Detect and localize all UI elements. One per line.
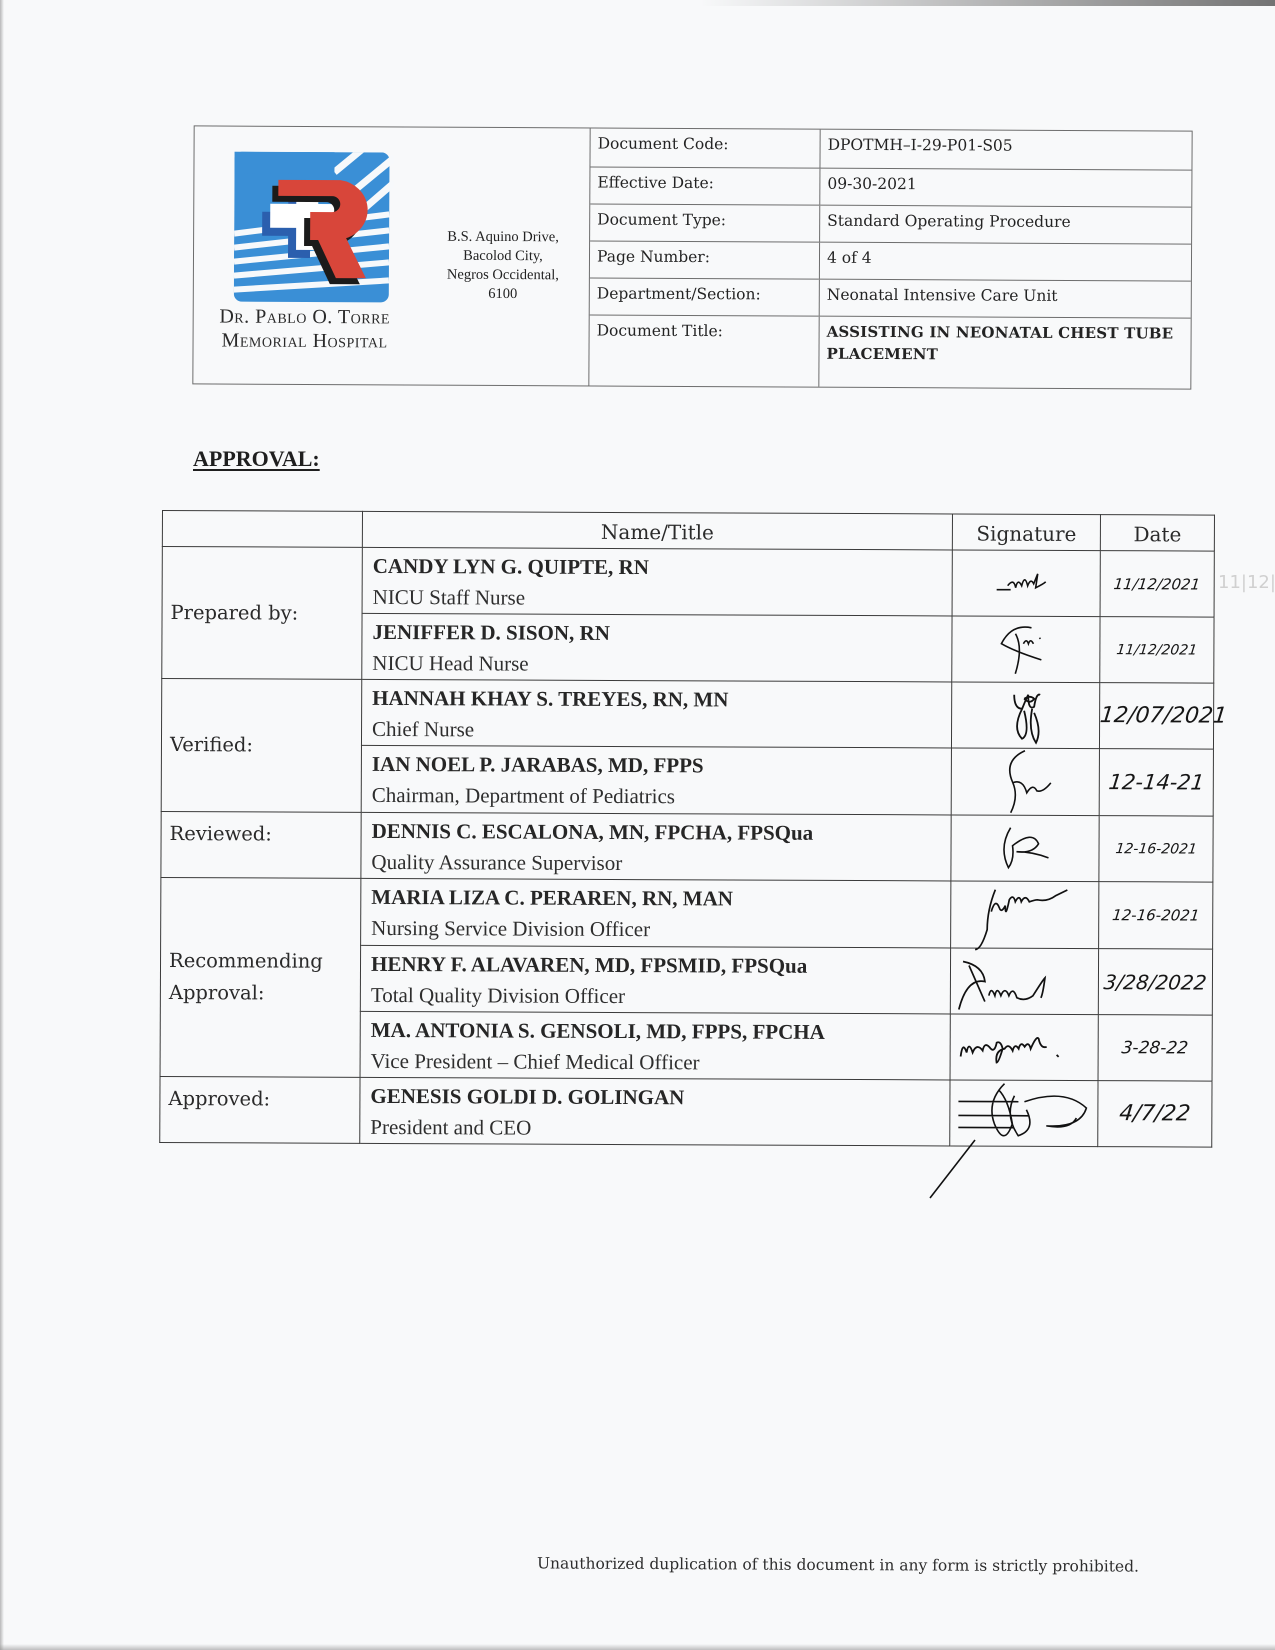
scan-edge-shadow xyxy=(0,1644,1275,1650)
role-label: Reviewed: xyxy=(161,811,361,878)
info-row-document-code: Document Code: DPOTMH–I-29-P01-S05 xyxy=(590,128,1191,169)
table-row: Verified: HANNAH KHAY S. TREYES, RN, MN … xyxy=(161,679,1213,750)
person-name: HANNAH KHAY S. TREYES, RN, MN xyxy=(372,682,941,716)
hospital-name: Dr. Pablo O. Torre Memorial Hospital xyxy=(199,304,409,353)
signature-cell xyxy=(951,748,1099,816)
signed-date: 12/07/2021 xyxy=(1099,703,1229,729)
date-cell: 11/12/2021 xyxy=(1100,617,1214,683)
hospital-name-line-2: Memorial Hospital xyxy=(199,328,409,353)
info-value: DPOTMH–I-29-P01-S05 xyxy=(820,130,1192,170)
person-name: MA. ANTONIA S. GENSOLI, MD, FPPS, FPCHA xyxy=(371,1014,940,1048)
date-cell: 3-28-22 xyxy=(1098,1015,1212,1081)
person-name: GENESIS GOLDI D. GOLINGAN xyxy=(370,1080,939,1114)
person-name: DENNIS C. ESCALONA, MN, FPCHA, FPSQua xyxy=(372,815,941,849)
hospital-address: B.S. Aquino Drive, Bacolod City, Negros … xyxy=(432,228,574,305)
date-cell: 12-14-21 xyxy=(1099,749,1213,816)
info-value: Standard Operating Procedure xyxy=(820,205,1192,244)
document-title: ASSISTING IN NEONATAL CHEST TUBE PLACEME… xyxy=(819,316,1191,389)
date-cell: 12-16-2021 xyxy=(1099,816,1213,882)
info-label: Document Type: xyxy=(590,203,820,241)
name-title-cell: MARIA LIZA C. PERAREN, RN, MAN Nursing S… xyxy=(361,878,951,948)
role-label: Approved: xyxy=(160,1076,360,1143)
person-name: CANDY LYN G. QUIPTE, RN xyxy=(373,550,942,584)
signature-cell xyxy=(951,881,1099,949)
info-value: Neonatal Intensive Care Unit xyxy=(819,279,1191,318)
column-header-name-title: Name/Title xyxy=(362,511,952,550)
info-row-effective-date: Effective Date: 09-30-2021 xyxy=(590,166,1191,206)
info-row-department: Department/Section: Neonatal Intensive C… xyxy=(590,277,1191,317)
signature-cell xyxy=(951,815,1099,882)
handwritten-signature-icon xyxy=(990,749,1060,815)
person-title: President and CEO xyxy=(370,1112,939,1144)
column-header-signature: Signature xyxy=(952,514,1100,551)
scan-edge-shadow xyxy=(0,0,4,1650)
handwritten-signature-icon xyxy=(991,563,1061,603)
column-header-role xyxy=(162,511,362,548)
table-row: Reviewed: DENNIS C. ESCALONA, MN, FPCHA,… xyxy=(161,811,1213,882)
person-name: JENIFFER D. SISON, RN xyxy=(372,616,941,650)
date-cell: 3/28/2022 xyxy=(1098,949,1212,1015)
person-name: MARIA LIZA C. PERAREN, RN, MAN xyxy=(371,881,940,915)
handwritten-signature-icon xyxy=(954,1022,1094,1073)
signature-tail-stroke xyxy=(925,1140,985,1200)
role-label: Prepared by: xyxy=(162,547,363,680)
info-label: Department/Section: xyxy=(590,277,820,315)
column-header-date: Date xyxy=(1100,515,1214,551)
table-row: Approved: GENESIS GOLDI D. GOLINGAN Pres… xyxy=(160,1076,1212,1147)
faint-bleed-through-text: 11|12|2 xyxy=(1218,572,1275,593)
address-line: B.S. Aquino Drive, xyxy=(432,228,574,248)
table-row: Prepared by: CANDY LYN G. QUIPTE, RN NIC… xyxy=(162,547,1214,618)
name-title-cell: DENNIS C. ESCALONA, MN, FPCHA, FPSQua Qu… xyxy=(361,812,951,881)
info-row-page-number: Page Number: 4 of 4 xyxy=(590,240,1191,280)
address-line: Negros Occidental, xyxy=(432,266,574,286)
footer-disclaimer: Unauthorized duplication of this documen… xyxy=(537,1554,1139,1575)
hospital-name-line-1: Dr. Pablo O. Torre xyxy=(200,304,410,329)
name-title-cell: HENRY F. ALAVAREN, MD, FPSMID, FPSQua To… xyxy=(360,945,950,1014)
approval-heading: APPROVAL: xyxy=(193,446,320,472)
person-title: Nursing Service Division Officer xyxy=(371,913,940,945)
name-title-cell: MA. ANTONIA S. GENSOLI, MD, FPPS, FPCHA … xyxy=(360,1011,950,1080)
info-label: Page Number: xyxy=(590,240,820,278)
date-cell: 4/7/22 xyxy=(1098,1081,1212,1147)
handwritten-signature-icon xyxy=(955,881,1095,948)
info-row-document-type: Document Type: Standard Operating Proced… xyxy=(590,203,1191,243)
name-title-cell: GENESIS GOLDI D. GOLINGAN President and … xyxy=(360,1077,950,1146)
info-value: 09-30-2021 xyxy=(820,168,1192,207)
person-title: Chief Nurse xyxy=(372,714,941,746)
info-row-document-title: Document Title: ASSISTING IN NEONATAL CH… xyxy=(589,314,1190,388)
date-cell: 11/12/2021 xyxy=(1100,551,1214,617)
handwritten-signature-icon xyxy=(990,823,1060,873)
signature-cell xyxy=(952,550,1100,617)
person-name: IAN NOEL P. JARABAS, MD, FPPS xyxy=(372,748,941,782)
signed-date: 3/28/2022 xyxy=(1103,970,1208,994)
name-title-cell: HANNAH KHAY S. TREYES, RN, MN Chief Nurs… xyxy=(361,679,951,748)
person-title: Quality Assurance Supervisor xyxy=(371,847,940,879)
info-value: 4 of 4 xyxy=(819,242,1191,281)
handwritten-signature-icon xyxy=(954,951,1094,1012)
info-label: Document Title: xyxy=(589,314,819,386)
person-title: NICU Head Nurse xyxy=(372,648,941,680)
signature-cell xyxy=(951,682,1099,749)
role-label: Verified: xyxy=(161,679,362,813)
person-name: HENRY F. ALAVAREN, MD, FPSMID, FPSQua xyxy=(371,948,940,982)
role-label: RecommendingApproval: xyxy=(160,877,361,1077)
handwritten-signature-icon xyxy=(991,619,1061,679)
info-label: Effective Date: xyxy=(590,166,820,204)
signed-date: 12-14-21 xyxy=(1107,770,1205,794)
hospital-identity: Dr. Pablo O. Torre Memorial Hospital B.S… xyxy=(193,126,590,385)
signed-date: 12-16-2021 xyxy=(1114,841,1197,857)
date-cell: 12/07/2021 xyxy=(1099,683,1213,749)
person-title: Chairman, Department of Pediatrics xyxy=(372,780,941,812)
hospital-logo-cross-r-icon xyxy=(234,152,395,308)
table-row: RecommendingApproval: MARIA LIZA C. PERA… xyxy=(161,877,1213,949)
scan-edge-shadow xyxy=(700,0,1275,6)
handwritten-signature-icon xyxy=(954,1081,1094,1146)
signed-date: 11/12/2021 xyxy=(1116,642,1198,658)
handwritten-signature-icon xyxy=(995,684,1055,746)
document-info-table: Document Code: DPOTMH–I-29-P01-S05 Effec… xyxy=(589,128,1191,388)
signature-cell xyxy=(952,616,1100,683)
signed-date: 12-16-2021 xyxy=(1111,906,1200,924)
date-cell: 12-16-2021 xyxy=(1099,882,1213,949)
address-line: 6100 xyxy=(432,285,574,305)
info-label: Document Code: xyxy=(590,128,820,167)
name-title-cell: JENIFFER D. SISON, RN NICU Head Nurse xyxy=(362,613,952,682)
approval-header-row: Name/Title Signature Date xyxy=(162,511,1214,552)
signature-cell xyxy=(950,948,1098,1015)
person-title: Vice President – Chief Medical Officer xyxy=(371,1046,940,1078)
signature-cell xyxy=(950,1014,1098,1081)
document-header: Dr. Pablo O. Torre Memorial Hospital B.S… xyxy=(192,125,1192,389)
name-title-cell: CANDY LYN G. QUIPTE, RN NICU Staff Nurse xyxy=(362,547,952,616)
signed-date: 11/12/2021 xyxy=(1113,575,1201,593)
signed-date: 3-28-22 xyxy=(1121,1038,1190,1058)
signed-date: 4/7/22 xyxy=(1118,1101,1192,1126)
person-title: Total Quality Division Officer xyxy=(371,980,940,1012)
approval-table: Name/Title Signature Date Prepared by: C… xyxy=(159,510,1215,1148)
name-title-cell: IAN NOEL P. JARABAS, MD, FPPS Chairman, … xyxy=(361,745,951,815)
person-title: NICU Staff Nurse xyxy=(373,582,942,614)
address-line: Bacolod City, xyxy=(432,247,574,267)
signature-cell xyxy=(950,1080,1098,1147)
